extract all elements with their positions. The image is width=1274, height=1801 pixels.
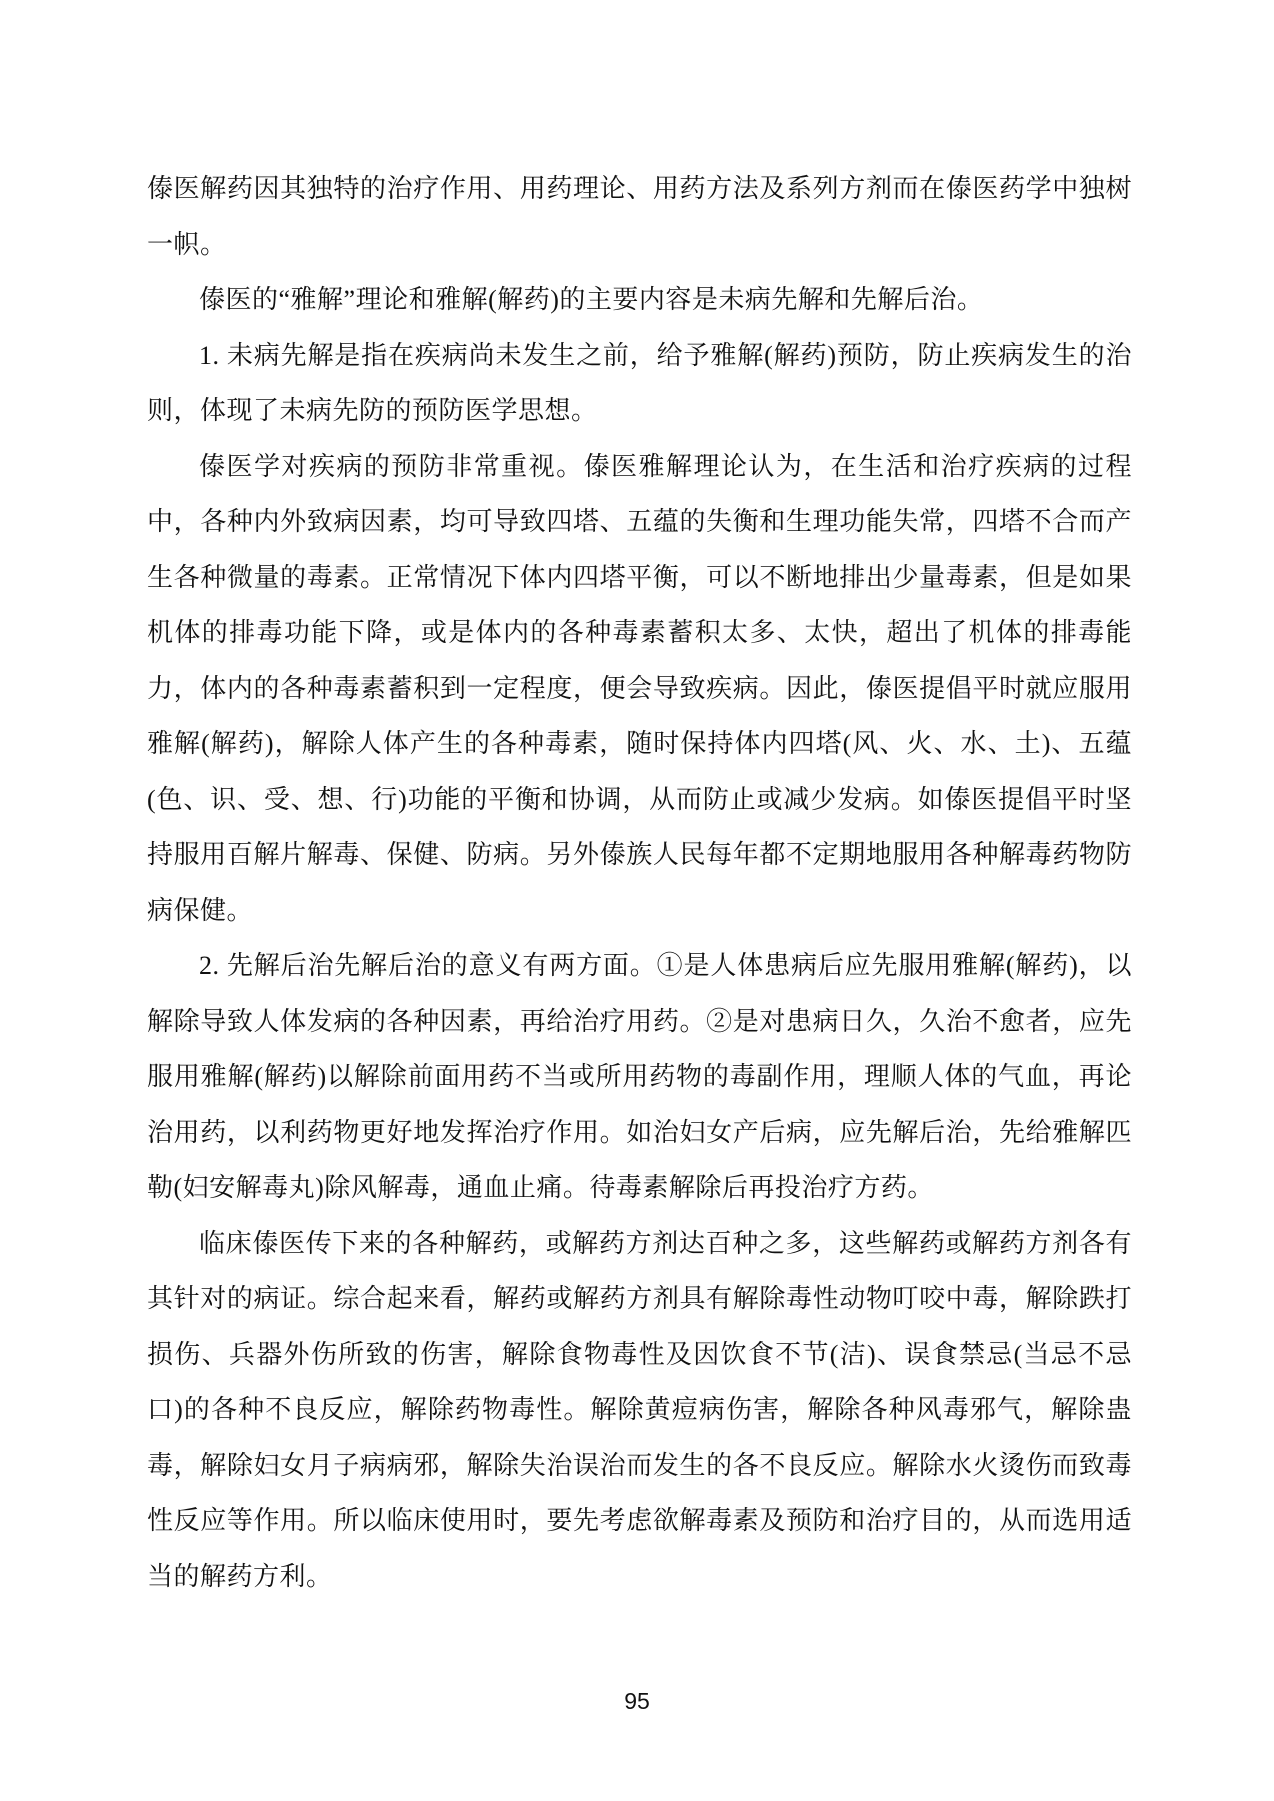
paragraph-clinical-antidotes: 临床傣医传下来的各种解药，或解药方剂达百种之多，这些解药或解药方剂各有其针对的病… xyxy=(147,1216,1132,1605)
page-footer: 95 xyxy=(0,1688,1274,1715)
paragraph-item-2-xianjie-houzhi: 2. 先解后治先解后治的意义有两方面。①是人体患病后应先服用雅解(解药)，以解除… xyxy=(147,938,1132,1216)
document-page: 傣医解药因其独特的治疗作用、用药理论、用药方法及系列方剂而在傣医药学中独树一帜。… xyxy=(0,0,1274,1801)
body-text: 傣医解药因其独特的治疗作用、用药理论、用药方法及系列方剂而在傣医药学中独树一帜。… xyxy=(147,161,1132,1604)
paragraph-item-1-weibing-xianjie: 1. 未病先解是指在疾病尚未发生之前，给予雅解(解药)预防，防止疾病发生的治则，… xyxy=(147,328,1132,439)
paragraph-yajie-theory: 傣医的“雅解”理论和雅解(解药)的主要内容是未病先解和先解后治。 xyxy=(147,272,1132,328)
paragraph-continuation: 傣医解药因其独特的治疗作用、用药理论、用药方法及系列方剂而在傣医药学中独树一帜。 xyxy=(147,161,1132,272)
page-number: 95 xyxy=(624,1688,650,1715)
paragraph-prevention-detail: 傣医学对疾病的预防非常重视。傣医雅解理论认为，在生活和治疗疾病的过程中，各种内外… xyxy=(147,439,1132,939)
